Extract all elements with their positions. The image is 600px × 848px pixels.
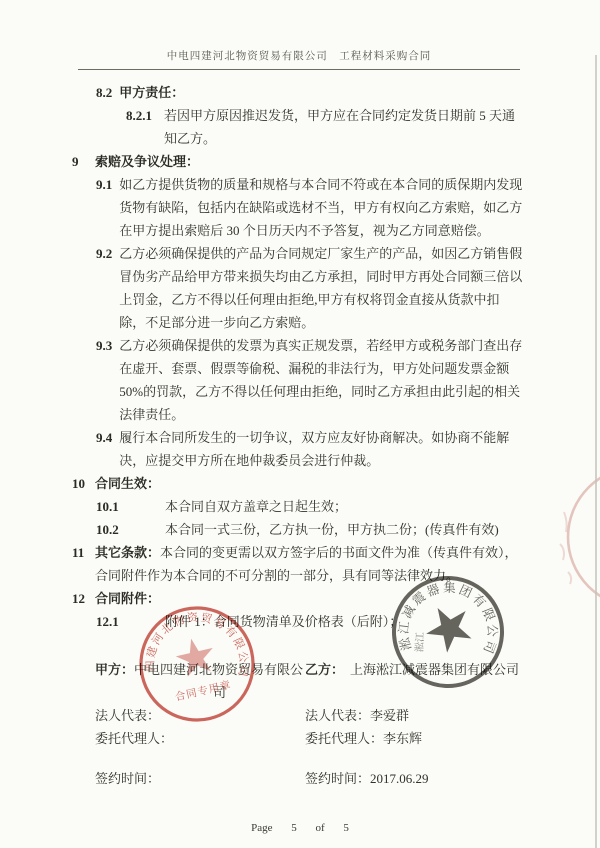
clause-9-3: 9.3 乙方必须确保提供的发票为真实正规发票，若经甲方或税务部门查出存在虚开、套… [96, 334, 523, 426]
clause-9-1: 9.1 如乙方提供货物的质量和规格与本合同不符或在本合同的质保期内发现货物有缺陷… [96, 173, 523, 242]
clause-number: 9 [72, 150, 95, 173]
party-a-name-line1: 中电四建河北物资贸易有限公 [134, 658, 305, 681]
page-header: 中电四建河北物资贸易有限公司 工程材料采购合同 [78, 50, 520, 70]
party-a-name-row: 甲方： 中电四建河北物资贸易有限公 司 [95, 658, 305, 704]
party-b-column: 乙方： 上海淞江减震器集团有限公司 法人代表： 李爱群 委托代理人： 李东辉 签… [305, 658, 565, 790]
party-a-agent-row: 委托代理人： [95, 727, 305, 750]
clause-8-2-1: 8.2.1 若因甲方原因推迟发货，甲方应在合同约定发货日期前 5 天通知乙方。 [126, 104, 523, 150]
party-a-column: 甲方： 中电四建河北物资贸易有限公 司 法人代表： 委托代理人： 签约时间： [95, 658, 305, 790]
clause-text: 附件 1：合同货物清单及价格表（后附）； [165, 610, 402, 633]
party-b-name-row: 乙方： 上海淞江减震器集团有限公司 [305, 658, 565, 704]
clause-text: 本合同一式三份，乙方执一份，甲方执二份；(传真件有效) [165, 518, 499, 541]
clause-text: 履行本合同所发生的一切争议，双方应友好协商解决。如协商不能解决，应提交甲方所在地… [119, 426, 523, 472]
party-b-agent-row: 委托代理人： 李东辉 [305, 727, 565, 750]
clause-number: 10 [72, 472, 95, 495]
legal-rep-value: 李爱群 [370, 704, 409, 727]
party-a-legal-rep-row: 法人代表： [95, 704, 305, 727]
clause-number: 11 [72, 541, 95, 587]
clause-title: 甲方责任： [119, 81, 184, 104]
party-b-date-row: 签约时间： 2017.06.29 [305, 767, 565, 790]
agent-value: 李东辉 [383, 727, 422, 750]
clause-9-2: 9.2 乙方必须确保提供的产品为合同规定厂家生产的产品，如因乙方销售假冒伪劣产品… [96, 242, 523, 334]
clause-9-4: 9.4 履行本合同所发生的一切争议，双方应友好协商解决。如协商不能解决，应提交甲… [96, 426, 523, 472]
clause-11: 11 其它条款：本合同的变更需以双方签字后的书面文件为准（传真件有效），合同附件… [72, 541, 523, 587]
clause-body: 其它条款：本合同的变更需以双方签字后的书面文件为准（传真件有效），合同附件作为本… [95, 541, 523, 587]
party-a-name-line2: 司 [134, 681, 305, 704]
legal-rep-label: 法人代表： [305, 704, 370, 727]
clause-number: 9.3 [96, 334, 119, 426]
party-b-label: 乙方： [305, 658, 344, 681]
legal-rep-label: 法人代表： [95, 704, 160, 727]
sign-date-value: 2017.06.29 [370, 767, 429, 790]
clause-9: 9 索赔及争议处理： [72, 150, 523, 173]
signature-block: 甲方： 中电四建河北物资贸易有限公 司 法人代表： 委托代理人： 签约时间： [95, 658, 600, 790]
clause-title: 其它条款： [95, 545, 160, 560]
party-b-name: 上海淞江减震器集团有限公司 [350, 658, 519, 681]
clause-number: 8.2 [96, 81, 119, 104]
clause-text: 如乙方提供货物的质量和规格与本合同不符或在本合同的质保期内发现货物有缺陷，包括内… [119, 173, 523, 242]
agent-label: 委托代理人： [95, 727, 173, 750]
clause-number: 12.1 [96, 610, 165, 633]
footer-total-pages: 5 [343, 822, 349, 834]
document-header-title: 中电四建河北物资贸易有限公司 工程材料采购合同 [78, 50, 520, 64]
clause-text: 乙方必须确保提供的发票为真实正规发票，若经甲方或税务部门查出存在虚开、套票、假票… [119, 334, 523, 426]
party-b-legal-rep-row: 法人代表： 李爱群 [305, 704, 565, 727]
sign-date-label: 签约时间： [305, 767, 370, 790]
seal-side-text: 淞江 [413, 632, 427, 652]
clause-number: 9.2 [96, 242, 119, 334]
contract-page: 中电四建河北物资贸易有限公司 工程材料采购合同 8.2 甲方责任： 8.2.1 … [0, 0, 600, 848]
clause-title: 索赔及争议处理： [95, 150, 199, 173]
sign-date-label: 签约时间： [95, 767, 160, 790]
clause-10-2: 10.2 本合同一式三份，乙方执一份，甲方执二份；(传真件有效) [96, 518, 523, 541]
footer-page-number: 5 [291, 822, 297, 834]
scan-edge-artifact [595, 55, 597, 848]
clause-12-1: 12.1 附件 1：合同货物清单及价格表（后附）； [96, 610, 523, 633]
contract-body: 8.2 甲方责任： 8.2.1 若因甲方原因推迟发货，甲方应在合同约定发货日期前… [0, 81, 600, 633]
clause-10: 10 合同生效： [72, 472, 523, 495]
page-footer: Page 5 of 5 [0, 822, 600, 834]
clause-number: 12 [72, 587, 95, 610]
clause-number: 9.1 [96, 173, 119, 242]
party-a-date-row: 签约时间： [95, 767, 305, 790]
clause-8-2: 8.2 甲方责任： [96, 81, 523, 104]
footer-page-label: Page [251, 822, 272, 834]
clause-title: 合同生效： [95, 472, 160, 495]
clause-10-1: 10.1 本合同自双方盖章之日起生效； [96, 495, 523, 518]
clause-number: 10.2 [96, 518, 165, 541]
footer-of-label: of [315, 822, 324, 834]
clause-number: 10.1 [96, 495, 165, 518]
party-a-label: 甲方： [95, 658, 134, 681]
clause-number: 9.4 [96, 426, 119, 472]
clause-text: 本合同自双方盖章之日起生效； [165, 495, 347, 518]
clause-text: 乙方必须确保提供的产品为合同规定厂家生产的产品，如因乙方销售假冒伪劣产品给甲方带… [119, 242, 523, 334]
agent-label: 委托代理人： [305, 727, 383, 750]
clause-title: 合同附件： [95, 587, 160, 610]
clause-text: 若因甲方原因推迟发货，甲方应在合同约定发货日期前 5 天通知乙方。 [164, 104, 523, 150]
clause-12: 12 合同附件： [72, 587, 523, 610]
party-a-name: 中电四建河北物资贸易有限公 司 [134, 658, 305, 704]
clause-number: 8.2.1 [126, 104, 164, 150]
